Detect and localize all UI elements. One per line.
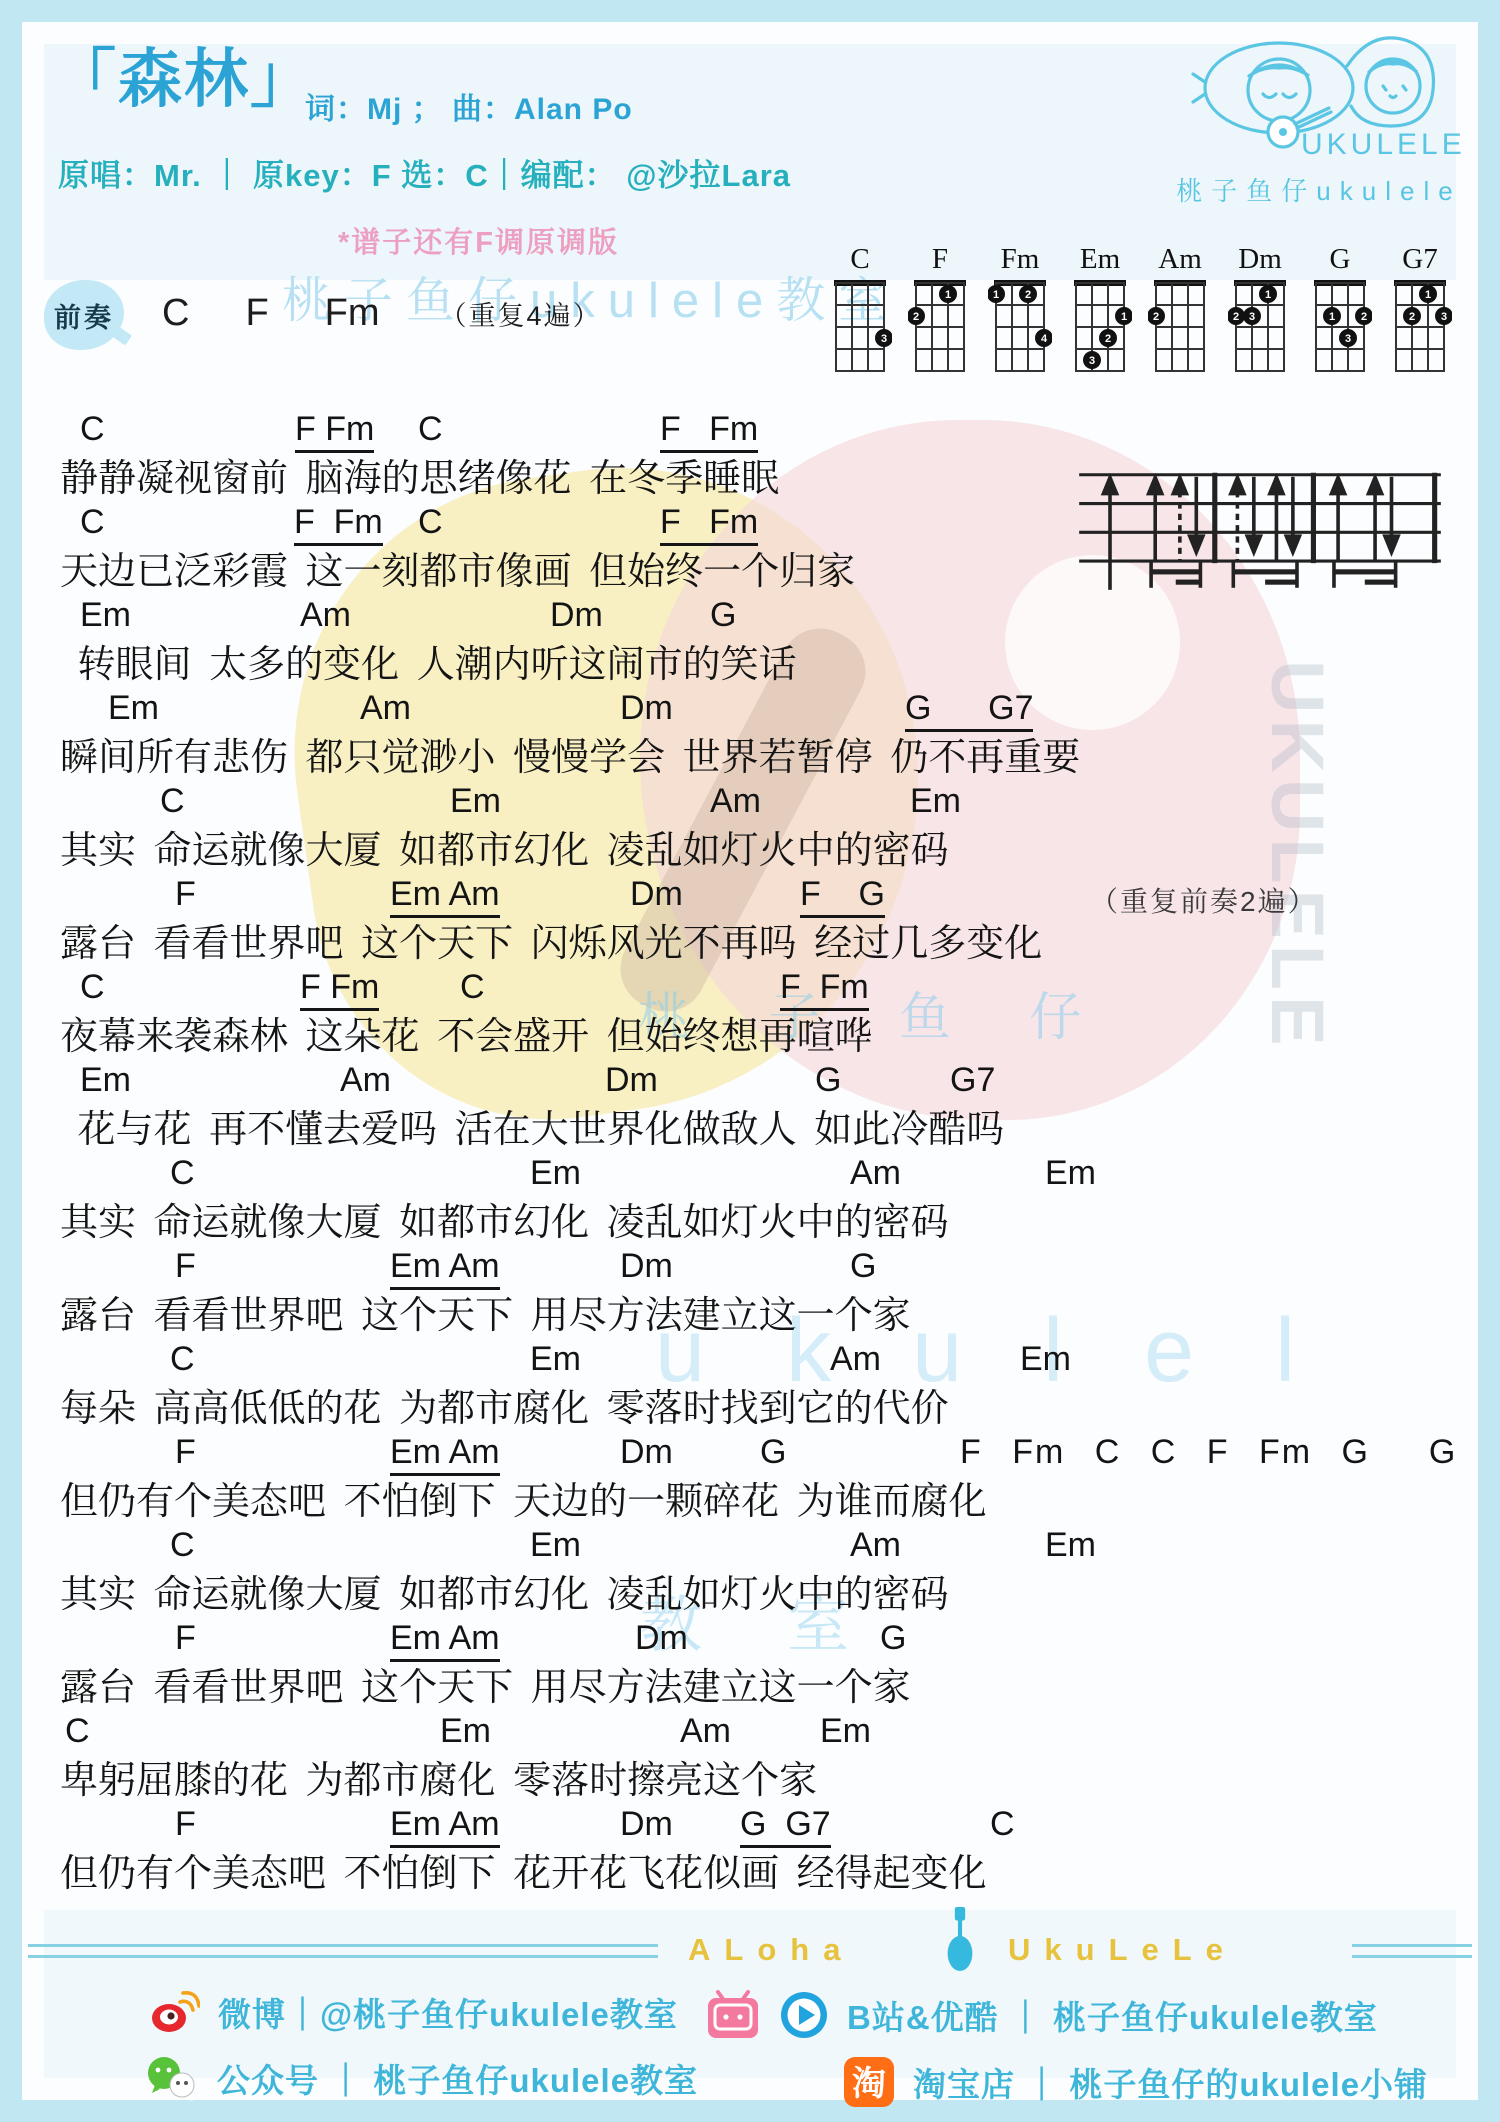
song-line: CF FmCF Fm天边已泛彩霞 这一刻都市像画 但始终一个归家 (60, 503, 1465, 597)
footer-wechat-text: 公众号 ｜ 桃子鱼仔ukulele教室 (217, 2055, 698, 2102)
chord: Dm (620, 1433, 673, 1472)
footer-weibo: 微博｜@桃子鱼仔ukulele教室 (148, 1988, 678, 2036)
lyric-text: 露台 看看世界吧 这个天下 用尽方法建立这一个家 (60, 1291, 1465, 1341)
divider-line-right (1352, 1944, 1472, 1958)
weibo-icon (148, 1988, 200, 2036)
chord: Dm (620, 1247, 673, 1286)
song-line: EmAmDmGG7 花与花 再不懂去爱吗 活在大世界化做敌人 如此冷酷吗 (60, 1061, 1465, 1155)
chord: Em (1020, 1340, 1071, 1379)
taobao-glyph: 淘 (852, 2065, 886, 2103)
chord: C (460, 968, 485, 1007)
chord: Am (850, 1526, 901, 1565)
song-line: FEm AmDmF G（重复前奏2遍）露台 看看世界吧 这个天下 闪烁风光不再吗… (60, 875, 1465, 969)
chord: F Fm C C F Fm G G (960, 1433, 1457, 1472)
lyric-text: 露台 看看世界吧 这个天下 用尽方法建立这一个家 (60, 1663, 1465, 1713)
chord: C (170, 1526, 195, 1565)
chord-row: FEm AmDmGF Fm C C F Fm G G (60, 1433, 1465, 1477)
footer-weibo-text: 微博｜@桃子鱼仔ukulele教室 (218, 1989, 678, 2036)
chord: G (880, 1619, 906, 1658)
chord: Dm (605, 1061, 658, 1100)
chord-row: FEm AmDmG (60, 1247, 1465, 1291)
song-line: CEmAmEm卑躬屈膝的花 为都市腐化 零落时擦亮这个家 (60, 1712, 1465, 1806)
chord: C (80, 968, 105, 1007)
song-line: FEm AmDmG露台 看看世界吧 这个天下 用尽方法建立这一个家 (60, 1247, 1465, 1341)
chord: Am (340, 1061, 391, 1100)
chord: Em Am (390, 1247, 500, 1290)
chord: G (710, 596, 736, 635)
chord-row: CEmAmEm (60, 1526, 1465, 1570)
song-line: EmAmDmG 转眼间 太多的变化 人潮内听这闹市的笑话 (60, 596, 1465, 690)
chord: G (760, 1433, 786, 1472)
song-line: CEmAmEm其实 命运就像大厦 如都市幻化 凌乱如灯火中的密码 (60, 1154, 1465, 1248)
chord: Em (530, 1526, 581, 1565)
chord: C (160, 782, 185, 821)
chord-row: CEmAmEm (60, 1340, 1465, 1384)
chord-row: CEmAmEm (60, 1154, 1465, 1198)
chord-row: CEmAmEm (60, 1712, 1465, 1756)
chord: Em (440, 1712, 491, 1751)
chord: F (175, 1247, 196, 1286)
song-line: EmAmDmG G7瞬间所有悲伤 都只觉渺小 慢慢学会 世界若暂停 仍不再重要 (60, 689, 1465, 783)
chord: Em Am (390, 1805, 500, 1848)
chord: Em (910, 782, 961, 821)
play-icon (779, 1990, 829, 2040)
chord: Em (530, 1340, 581, 1379)
chord-row: FEm AmDmG G7C (60, 1805, 1465, 1849)
chord-row: CEmAmEm (60, 782, 1465, 826)
chord-row: FEm AmDmG (60, 1619, 1465, 1663)
lyric-text: 露台 看看世界吧 这个天下 闪烁风光不再吗 经过几多变化 (60, 919, 1465, 969)
chord: C (80, 503, 105, 542)
lyric-text: 卑躬屈膝的花 为都市腐化 零落时擦亮这个家 (60, 1756, 1465, 1806)
chord: G G7 (740, 1805, 831, 1848)
divider-line-left (28, 1944, 658, 1958)
chord: F (175, 1805, 196, 1844)
chord: C (170, 1154, 195, 1193)
chord: Dm (620, 689, 673, 728)
chord-row: CF FmCF Fm (60, 503, 1465, 547)
lyric-text: 但仍有个美态吧 不怕倒下 花开花飞花似画 经得起变化 (60, 1849, 1465, 1899)
chord: Dm (635, 1619, 688, 1658)
lyric-text: 其实 命运就像大厦 如都市幻化 凌乱如灯火中的密码 (60, 1198, 1465, 1248)
song-line: FEm AmDmG露台 看看世界吧 这个天下 用尽方法建立这一个家 (60, 1619, 1465, 1713)
chord: Em Am (390, 875, 500, 918)
chord: Em (108, 689, 159, 728)
chord: C (170, 1340, 195, 1379)
lyrics-lines: CF FmCF Fm静静凝视窗前 脑海的思绪像花 在冬季睡眠CF FmCF Fm… (60, 0, 1465, 2122)
chord-row: CF FmCF Fm (60, 968, 1465, 1012)
chord-row: EmAmDmG (60, 596, 1465, 640)
chord: Em (450, 782, 501, 821)
chord: Em (80, 596, 131, 635)
chord: Dm (550, 596, 603, 635)
footer-taobao: 淘 淘宝店 ｜ 桃子鱼仔的ukulele小铺 (843, 2056, 1428, 2108)
bilibili-icon (705, 1990, 761, 2040)
chord: F (175, 1619, 196, 1658)
footer-wechat: 公众号 ｜ 桃子鱼仔ukulele教室 (143, 2054, 698, 2102)
chord-row: CF FmCF Fm (60, 410, 1465, 454)
chord: Em (1045, 1154, 1096, 1193)
chord-row: FEm AmDmF G（重复前奏2遍） (60, 875, 1465, 919)
chord: G7 (950, 1061, 995, 1100)
chord: Em Am (390, 1433, 500, 1476)
lyric-text: 夜幕来袭森林 这朵花 不会盛开 但始终想再喧哗 (60, 1012, 1465, 1062)
chord: Dm (620, 1805, 673, 1844)
lyric-text: 花与花 再不懂去爱吗 活在大世界化做敌人 如此冷酷吗 (60, 1105, 1465, 1155)
footer-taobao-text: 淘宝店 ｜ 桃子鱼仔的ukulele小铺 (913, 2059, 1428, 2106)
chord: C (418, 410, 443, 449)
chord: Am (710, 782, 761, 821)
chord: F Fm (294, 503, 383, 546)
chord: Em (80, 1061, 131, 1100)
lyric-text: 但仍有个美态吧 不怕倒下 天边的一颗碎花 为谁而腐化 (60, 1477, 1465, 1527)
lyric-text: 其实 命运就像大厦 如都市幻化 凌乱如灯火中的密码 (60, 1570, 1465, 1620)
song-line: CF FmCF Fm静静凝视窗前 脑海的思绪像花 在冬季睡眠 (60, 410, 1465, 504)
chord: F G (800, 875, 885, 918)
chord: F Fm (295, 410, 374, 453)
chord: Am (850, 1154, 901, 1193)
song-line: CF FmCF Fm夜幕来袭森林 这朵花 不会盛开 但始终想再喧哗 (60, 968, 1465, 1062)
chord: F Fm (300, 968, 379, 1011)
repeat-intro-note: （重复前奏2遍） (1090, 880, 1318, 920)
chord: C (418, 503, 443, 542)
song-line: CEmAmEm其实 命运就像大厦 如都市幻化 凌乱如灯火中的密码 (60, 782, 1465, 876)
chord: C (65, 1712, 90, 1751)
aloha-ukulele-text: UkuLeLe (1008, 1932, 1237, 1968)
wechat-icon (143, 2054, 199, 2102)
lyric-text: 静静凝视窗前 脑海的思绪像花 在冬季睡眠 (60, 454, 1465, 504)
taobao-icon: 淘 (843, 2056, 895, 2108)
chord: F Fm (780, 968, 869, 1011)
chord: G (850, 1247, 876, 1286)
song-line: CEmAmEm每朵 高高低低的花 为都市腐化 零落时找到它的代价 (60, 1340, 1465, 1434)
chord: Am (360, 689, 411, 728)
chord-row: EmAmDmG G7 (60, 689, 1465, 733)
lyric-text: 瞬间所有悲伤 都只觉渺小 慢慢学会 世界若暂停 仍不再重要 (60, 733, 1465, 783)
chord: C (80, 410, 105, 449)
song-line: FEm AmDmG G7C但仍有个美态吧 不怕倒下 花开花飞花似画 经得起变化 (60, 1805, 1465, 1899)
chord: Dm (630, 875, 683, 914)
lyric-text: 其实 命运就像大厦 如都市幻化 凌乱如灯火中的密码 (60, 826, 1465, 876)
chord: G G7 (905, 689, 1033, 732)
aloha-ukulele-icon (946, 1906, 974, 1977)
lyric-text: 每朵 高高低低的花 为都市腐化 零落时找到它的代价 (60, 1384, 1465, 1434)
footer-bilibili-text: B站&优酷 ｜ 桃子鱼仔ukulele教室 (847, 1992, 1378, 2039)
chord: Em (820, 1712, 871, 1751)
lyric-text: 天边已泛彩霞 这一刻都市像画 但始终一个归家 (60, 547, 1465, 597)
chord: Em Am (390, 1619, 500, 1662)
chord: Am (830, 1340, 881, 1379)
chord: F (175, 1433, 196, 1472)
chord: F (175, 875, 196, 914)
chord: F Fm (660, 410, 758, 453)
chord-row: EmAmDmGG7 (60, 1061, 1465, 1105)
chord: Em (530, 1154, 581, 1193)
chord: G (815, 1061, 841, 1100)
aloha-text: ALoha (688, 1932, 854, 1968)
lyric-text: 转眼间 太多的变化 人潮内听这闹市的笑话 (60, 640, 1465, 690)
song-line: FEm AmDmGF Fm C C F Fm G G但仍有个美态吧 不怕倒下 天… (60, 1433, 1465, 1527)
chord: Am (680, 1712, 731, 1751)
chord: C (990, 1805, 1015, 1844)
footer-bilibili-youku: B站&优酷 ｜ 桃子鱼仔ukulele教室 (705, 1990, 1378, 2040)
song-line: CEmAmEm其实 命运就像大厦 如都市幻化 凌乱如灯火中的密码 (60, 1526, 1465, 1620)
chord: F Fm (660, 503, 758, 546)
chord: Em (1045, 1526, 1096, 1565)
chord: Am (300, 596, 351, 635)
